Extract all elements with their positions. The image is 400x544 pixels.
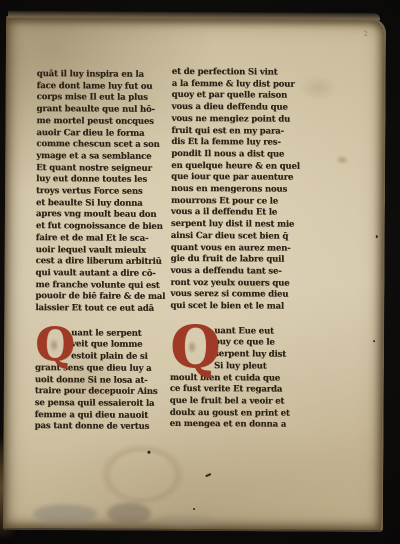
manuscript-page: 2 quāt il luy inspira en la face dont la… <box>3 16 386 532</box>
rubricated-initial-icon: Q <box>35 328 71 362</box>
rubricated-initial-icon: Q <box>170 326 214 372</box>
paragraph: Quant le serpent veit que lomme estoit p… <box>35 328 167 434</box>
ink-speck <box>193 508 195 510</box>
text-column-right: et de perfection Si vint a la femme & lu… <box>170 67 310 432</box>
grey-smudge <box>33 504 97 524</box>
folio-corner-mark: 2 <box>364 30 369 38</box>
paragraph: Quant Eue eut ouy ce que le serpent luy … <box>170 326 309 432</box>
paragraph: quāt il luy inspira en la face dont lame… <box>35 69 167 316</box>
text-column-left: quāt il luy inspira en la face dont lame… <box>35 69 168 434</box>
ink-speck <box>376 235 378 238</box>
ink-speck <box>205 473 211 477</box>
ink-speck <box>373 340 375 342</box>
foxing-stain <box>335 155 349 165</box>
photo-background: 2 quāt il luy inspira en la face dont la… <box>0 0 400 544</box>
grey-smudge <box>155 515 215 527</box>
paragraph-text: et de perfection Si vint a la femme & lu… <box>170 67 300 312</box>
ink-speck <box>147 451 150 454</box>
embossed-stain <box>99 443 185 506</box>
paragraph: et de perfection Si vint a la femme & lu… <box>170 67 309 314</box>
grey-smudge <box>107 503 151 525</box>
paragraph-text: quāt il luy inspira en la face dont lame… <box>35 69 165 314</box>
